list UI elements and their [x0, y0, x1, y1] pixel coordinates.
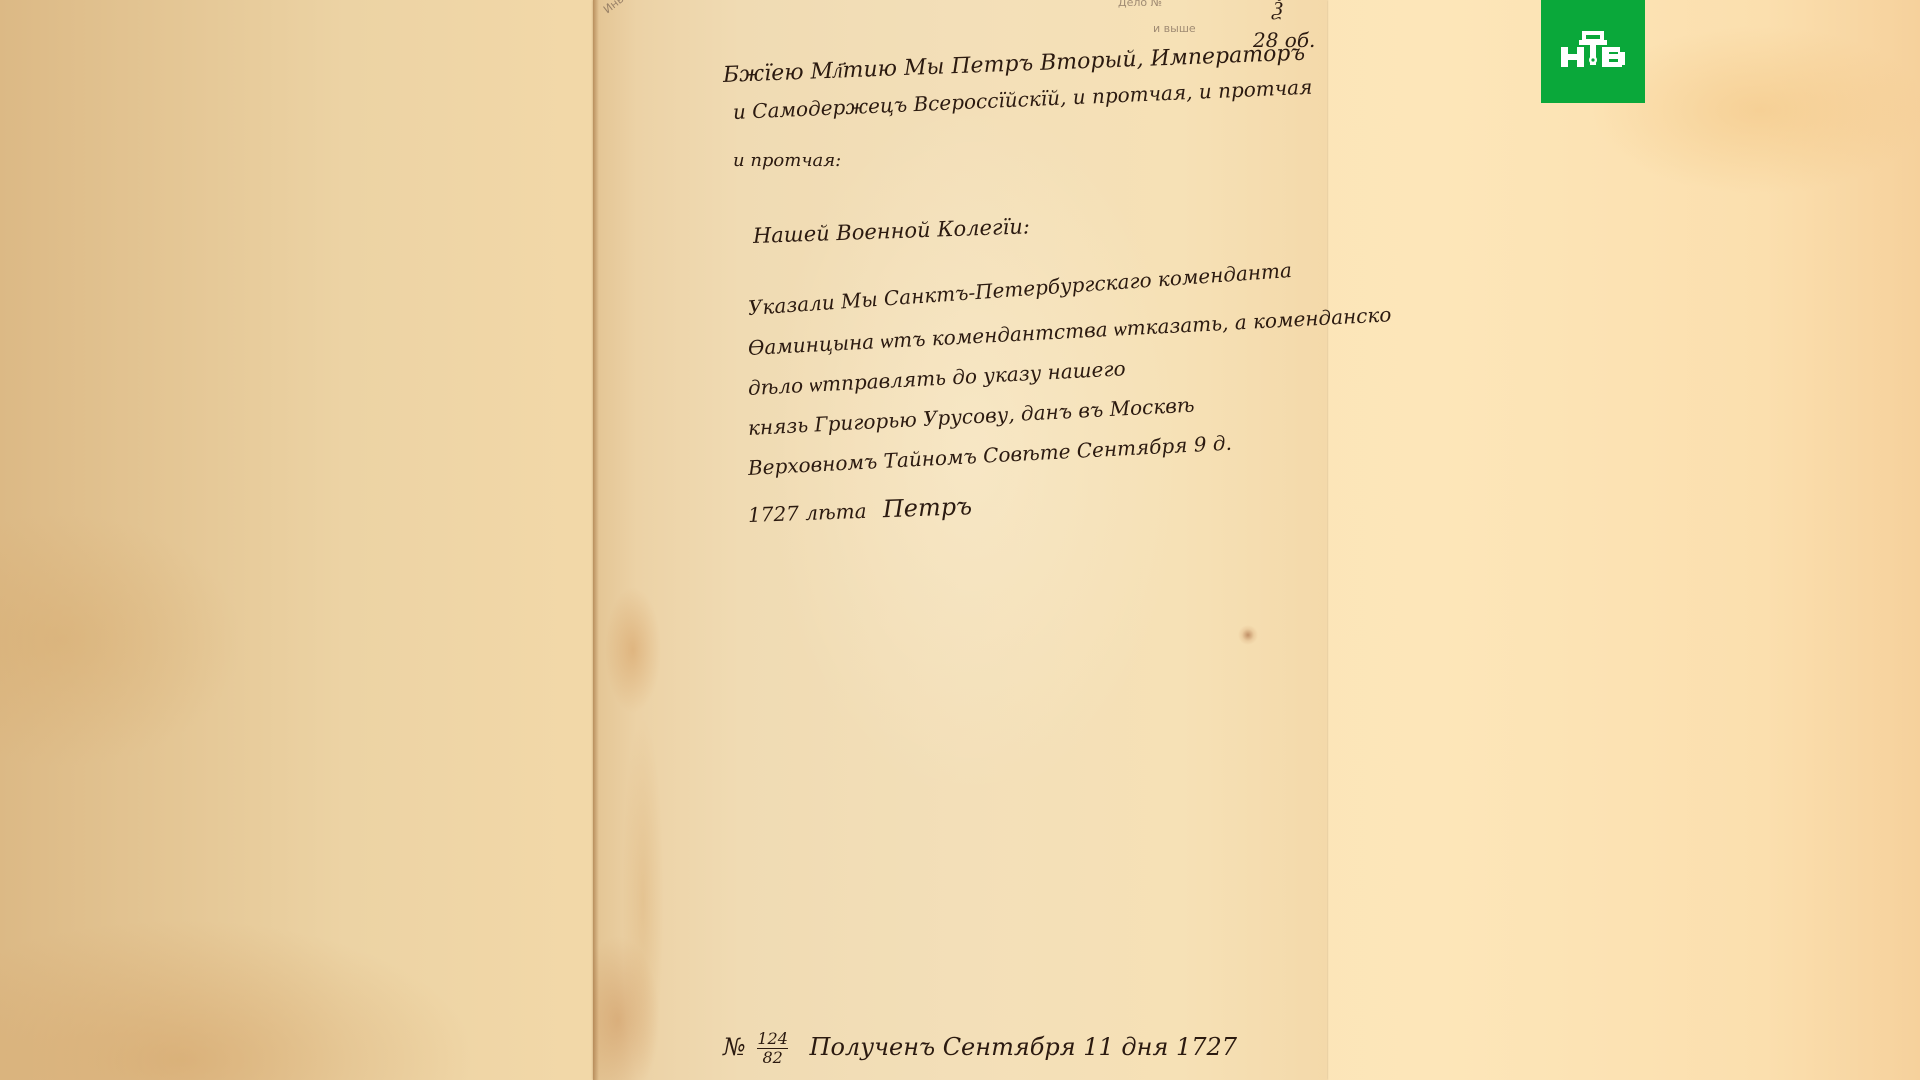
received-text: Полученъ Сентября 11 дня 1727 — [810, 1033, 1238, 1061]
number-top: 124 — [757, 1030, 788, 1049]
number-bottom: 82 — [762, 1048, 782, 1067]
number-label: № — [723, 1033, 746, 1061]
body-line: Верховномъ Тайномъ Совѣте Сентября 9 д. — [747, 431, 1232, 480]
body-line: Указали Мы Санктъ-Петербургскаго коменда… — [747, 258, 1292, 320]
signature: Петръ — [882, 492, 972, 523]
date-signature-line: 1727 лѣта Петръ — [748, 492, 973, 528]
body-line: дѣло ѡтправлять до указу нашего — [747, 356, 1126, 401]
archive-corner-note: Инв. № — [601, 0, 641, 16]
receipt-footer: № 124 82 Полученъ Сентября 11 дня 1727 — [723, 1030, 1237, 1067]
archive-note: Дело № — [1118, 0, 1162, 9]
ntv-logo-icon — [1557, 30, 1629, 74]
title-line-3: и протчая: — [733, 150, 841, 171]
archive-note: и выше — [1153, 22, 1196, 35]
document-number: 124 82 — [757, 1030, 788, 1067]
ntv-watermark — [1541, 0, 1645, 103]
body-line: князь Григорью Урусову, данъ въ Москвѣ — [747, 393, 1195, 440]
decree-document: Инв. № Дело № и выше Ѯ 28 об. Бжїею Мл҃т… — [593, 0, 1327, 1080]
year-text: 1727 лѣта — [748, 499, 867, 527]
addressee-line: Нашей Военной Колегїи: — [753, 214, 1031, 248]
reference-mark: Ѯ — [1273, 0, 1283, 21]
